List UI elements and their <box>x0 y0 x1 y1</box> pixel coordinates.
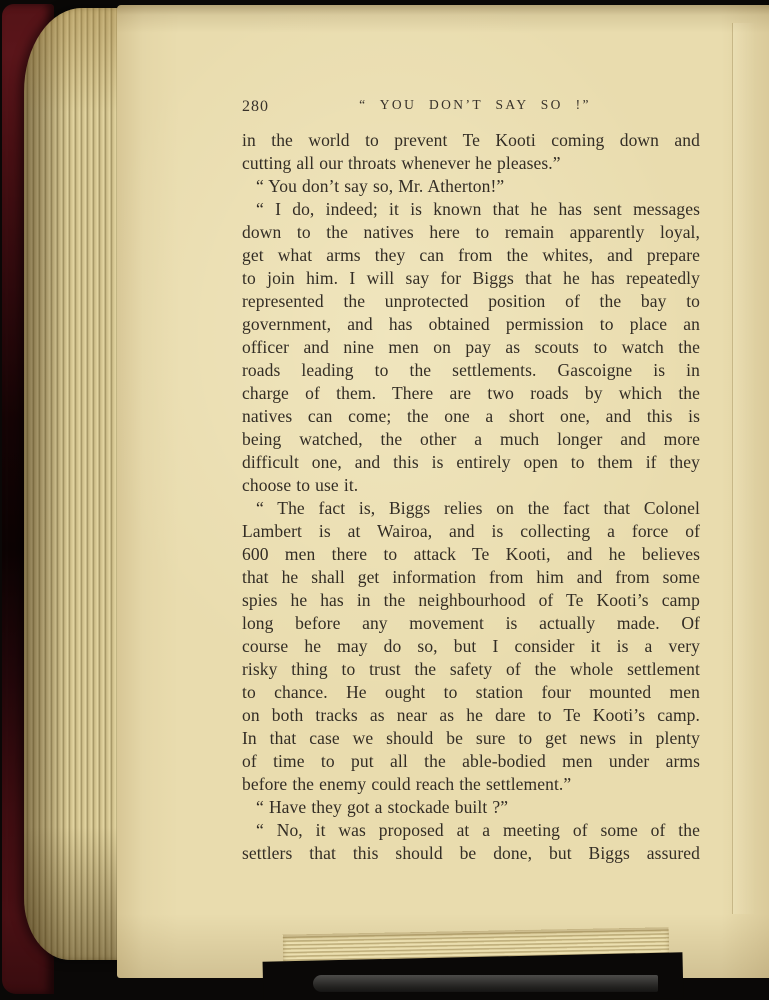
text-line: “ Have they got a stockade built ?” <box>242 796 700 819</box>
text-line: charge of them. There are two roads by w… <box>242 382 700 405</box>
photo-background: { "page": { "number": "280", "running_he… <box>0 0 769 1000</box>
page-number: 280 <box>242 98 269 116</box>
text-line: difficult one, and this is entirely open… <box>242 451 700 474</box>
text-line: settlers that this should be done, but B… <box>242 842 700 865</box>
page-stack-fore-edge <box>24 8 124 960</box>
text-line: down to the natives here to remain appar… <box>242 221 700 244</box>
text-line: roads leading to the settlements. Gascoi… <box>242 359 700 382</box>
text-line: spies he has in the neighbourhood of Te … <box>242 589 700 612</box>
page-header: 280 “ YOU DON’T SAY SO !” <box>242 97 698 119</box>
text-line: to join him. I will say for Biggs that h… <box>242 267 700 290</box>
text-line: represented the unprotected position of … <box>242 290 700 313</box>
text-line: get what arms they can from the whites, … <box>242 244 700 267</box>
book-photo: 280 “ YOU DON’T SAY SO !” in the world t… <box>0 0 769 1000</box>
text-line: In that case we should be sure to get ne… <box>242 727 700 750</box>
book-board-edge <box>313 975 658 992</box>
text-line: to chance. He ought to station four moun… <box>242 681 700 704</box>
text-line: Lambert is at Wairoa, and is collecting … <box>242 520 700 543</box>
text-line: of time to put all the able-bodied men u… <box>242 750 700 773</box>
page-crease-line <box>732 23 769 914</box>
text-line: “ No, it was proposed at a meeting of so… <box>242 819 700 842</box>
text-line: natives can come; the one a short one, a… <box>242 405 700 428</box>
text-line: course he may do so, but I consider it i… <box>242 635 700 658</box>
text-line: officer and nine men on pay as scouts to… <box>242 336 700 359</box>
text-line: cutting all our throats whenever he plea… <box>242 152 700 175</box>
text-line: before the enemy could reach the settlem… <box>242 773 700 796</box>
text-line: being watched, the other a much longer a… <box>242 428 700 451</box>
running-header: “ YOU DON’T SAY SO !” <box>242 97 698 113</box>
text-line: 600 men there to attack Te Kooti, and he… <box>242 543 700 566</box>
text-line: “ The fact is, Biggs relies on the fact … <box>242 497 700 520</box>
text-line: “ I do, indeed; it is known that he has … <box>242 198 700 221</box>
text-line: choose to use it. <box>242 474 700 497</box>
text-line: government, and has obtained permission … <box>242 313 700 336</box>
page-body: in the world to prevent Te Kooti coming … <box>242 129 700 865</box>
book-page: 280 “ YOU DON’T SAY SO !” in the world t… <box>117 5 769 978</box>
text-line: “ You don’t say so, Mr. Atherton!” <box>242 175 700 198</box>
text-line: that he shall get information from him a… <box>242 566 700 589</box>
text-line: in the world to prevent Te Kooti coming … <box>242 129 700 152</box>
text-line: on both tracks as near as he dare to Te … <box>242 704 700 727</box>
text-line: risky thing to trust the safety of the w… <box>242 658 700 681</box>
text-line: long before any movement is actually mad… <box>242 612 700 635</box>
